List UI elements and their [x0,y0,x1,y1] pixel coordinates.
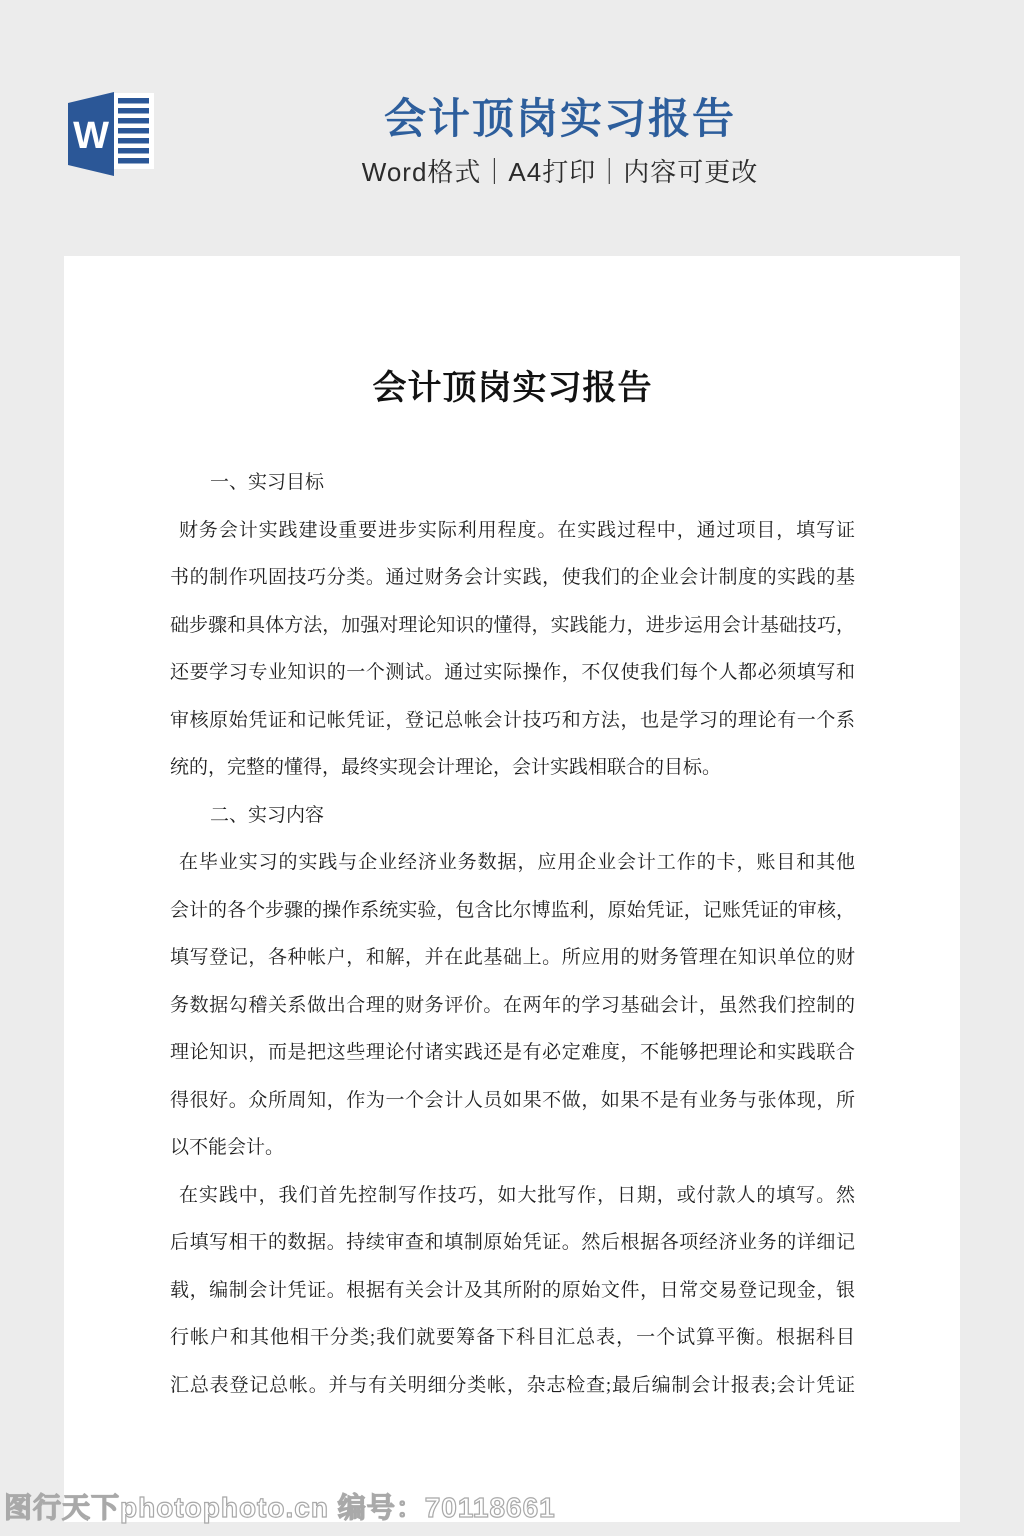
doc-line: 会计的各个步骤的操作系统实验，包含比尔博监利，原始凭证，记账凭证的审核， [170,887,855,935]
word-icon-graphic: W [68,90,156,178]
doc-line: 二、实习内容 [170,792,855,840]
doc-line: 以不能会计。 [170,1124,855,1172]
doc-line: 汇总表登记总帐。并与有关明细分类帐，杂志检查;最后编制会计报表;会计凭证 [170,1362,855,1410]
watermark-text: 图行天下photophoto.cn 编号：70118661 [4,1486,556,1526]
word-icon-letter: W [73,115,109,157]
site-header: W 会计顶岗实习报告 Word格式｜A4打印｜内容可更改 [0,0,1024,256]
word-file-icon: W [68,90,156,178]
doc-line: 务数据勾稽关系做出合理的财务评价。在两年的学习基础会计，虽然我们控制的 [170,982,855,1030]
doc-line: 行帐户和其他相干分类;我们就要筹备下科目汇总表，一个试算平衡。根据科目 [170,1314,855,1362]
header-text: 会计顶岗实习报告 Word格式｜A4打印｜内容可更改 [160,96,960,187]
template-title: 会计顶岗实习报告 [160,96,960,142]
document-title: 会计顶岗实习报告 [170,370,855,408]
template-subtitle: Word格式｜A4打印｜内容可更改 [160,157,960,187]
doc-line: 载，编制会计凭证。根据有关会计及其所附的原始文件，日常交易登记现金，银 [170,1267,855,1315]
doc-line: 理论知识，而是把这些理论付诸实践还是有必定难度，不能够把理论和实践联合 [170,1029,855,1077]
doc-line: 统的，完整的懂得，最终实现会计理论，会计实践相联合的目标。 [170,744,855,792]
doc-line: 填写登记，各种帐户，和解，并在此基础上。所应用的财务管理在知识单位的财 [170,934,855,982]
doc-line: 在毕业实习的实践与企业经济业务数据，应用企业会计工作的卡，账目和其他 [170,839,855,887]
doc-line: 审核原始凭证和记帐凭证，登记总帐会计技巧和方法，也是学习的理论有一个系 [170,697,855,745]
doc-line: 得很好。众所周知，作为一个会计人员如果不做，如果不是有业务与张体现，所 [170,1077,855,1125]
doc-line: 书的制作巩固技巧分类。通过财务会计实践，使我们的企业会计制度的实践的基 [170,554,855,602]
document-body: 一、实习目标财务会计实践建设重要进步实际利用程度。在实践过程中，通过项目，填写证… [170,459,855,1409]
document-page: 会计顶岗实习报告 一、实习目标财务会计实践建设重要进步实际利用程度。在实践过程中… [64,256,960,1522]
doc-line: 在实践中，我们首先控制写作技巧，如大批写作，日期，或付款人的填写。然 [170,1172,855,1220]
doc-line: 财务会计实践建设重要进步实际利用程度。在实践过程中，通过项目，填写证 [170,507,855,555]
doc-line: 后填写相干的数据。持续审查和填制原始凭证。然后根据各项经济业务的详细记 [170,1219,855,1267]
doc-line: 一、实习目标 [170,459,855,507]
doc-line: 础步骤和具体方法，加强对理论知识的懂得，实践能力，进步运用会计基础技巧， [170,602,855,650]
doc-line: 还要学习专业知识的一个测试。通过实际操作，不仅使我们每个人都必须填写和 [170,649,855,697]
